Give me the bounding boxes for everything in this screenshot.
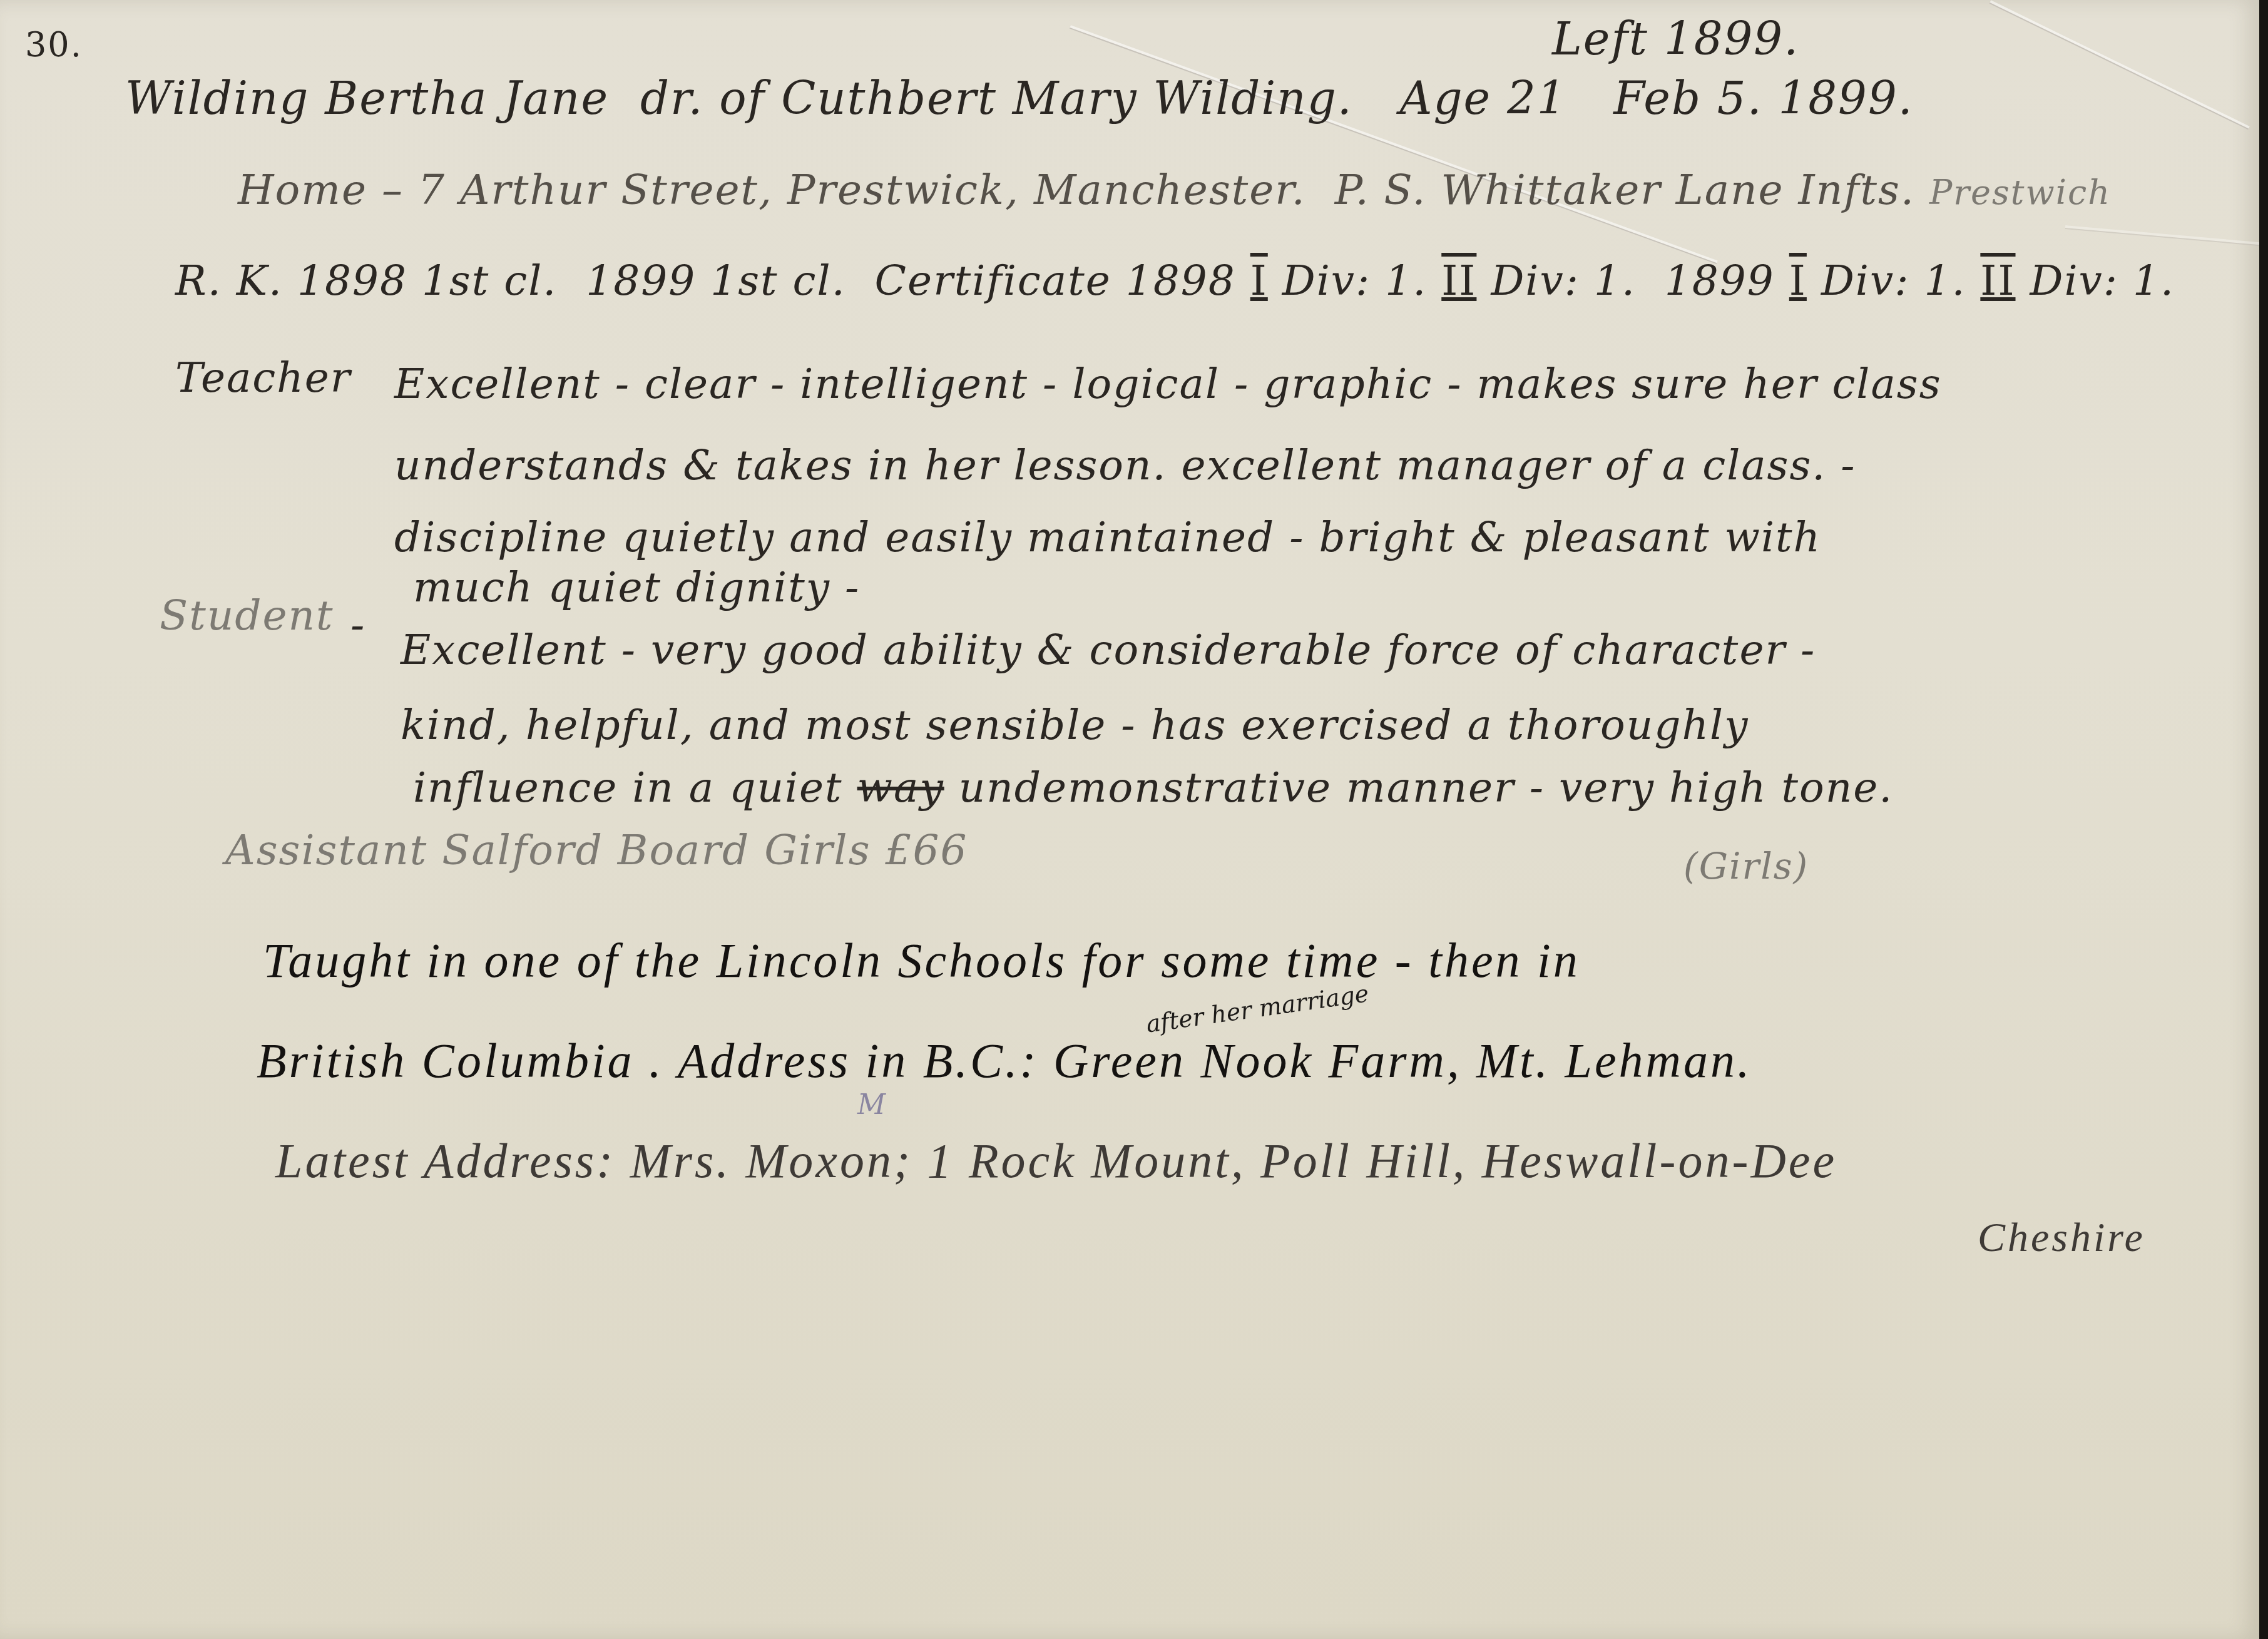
cert-1899-part2-div: Div: 1. xyxy=(2030,257,2175,305)
later-note-line: British Columbia . Address in B.C.: Gree… xyxy=(257,1033,1752,1089)
home-address: Home – 7 Arthur Street, Prestwick, Manch… xyxy=(238,166,1306,214)
home-line: Home – 7 Arthur Street, Prestwick, Manch… xyxy=(238,166,2111,214)
student-report-text: undemonstrative manner - very high tone. xyxy=(959,763,1894,812)
bc-address: Green Nook Farm, Mt. Lehman. xyxy=(1053,1033,1752,1088)
appointment-line: Assistant Salford Board Girls £66 xyxy=(225,826,968,874)
student-separator: - xyxy=(350,601,365,649)
left-date-note: Left 1899. xyxy=(1552,13,1799,65)
certificate-label: Certificate xyxy=(875,257,1111,305)
cert-1898-part2-div: Div: 1. xyxy=(1491,257,1636,305)
rk-prefix: R. K. xyxy=(175,257,283,305)
cert-1898-part1-div: Div: 1. xyxy=(1282,257,1428,305)
latest-address-county: Cheshire xyxy=(1978,1214,2145,1262)
bc-address-label: British Columbia . Address in B.C.: xyxy=(257,1033,1038,1088)
header-line: Wilding Bertha Jane dr. of Cuthbert Mary… xyxy=(125,72,1914,125)
qualifications-line: R. K. 1898 1st cl. 1899 1st cl. Certific… xyxy=(175,257,2175,305)
later-note-line: Latest Address: Mrs. Moxon; 1 Rock Mount… xyxy=(275,1133,1837,1189)
cert-1899-year: 1899 xyxy=(1665,257,1775,305)
cert-1898-year: 1898 xyxy=(1126,257,1236,305)
previous-school: P. S. Whittaker Lane Infts. xyxy=(1335,166,1915,214)
given-names: Bertha Jane xyxy=(325,72,609,125)
student-report-line: influence in a quiet way undemonstrative… xyxy=(413,763,1893,812)
parentage: dr. of Cuthbert Mary Wilding. xyxy=(640,72,1353,125)
teacher-report-line: Excellent - clear - intelligent - logica… xyxy=(394,360,1942,408)
later-note-line: Taught in one of the Lincoln Schools for… xyxy=(263,932,1580,989)
student-label: Student xyxy=(160,591,334,640)
teacher-report-line: discipline quietly and easily maintained… xyxy=(394,513,1821,561)
student-report-line: Excellent - very good ability & consider… xyxy=(401,626,1816,674)
teacher-report-line: much quiet dignity - xyxy=(413,563,860,611)
cert-1898-part2: II xyxy=(1441,257,1476,305)
struck-word: way xyxy=(857,763,944,812)
teacher-label: Teacher xyxy=(175,354,351,402)
student-report-text: influence in a quiet xyxy=(413,763,843,812)
latest-address-label: Latest Address: xyxy=(275,1133,615,1188)
latest-address-name: Mrs. Moxon; xyxy=(630,1133,912,1188)
age: Age 21 xyxy=(1399,72,1566,125)
latest-address: 1 Rock Mount, Poll Hill, Heswall-on-Dee xyxy=(927,1133,1837,1188)
cert-1899-part2: II xyxy=(1980,257,2015,305)
cert-1899-part1: I xyxy=(1789,257,1807,305)
entry-date: Feb 5. 1899. xyxy=(1613,72,1913,125)
pencil-correction: M xyxy=(857,1089,886,1121)
record-card: 30. Left 1899. Wilding Bertha Jane dr. o… xyxy=(0,0,2259,1639)
teacher-report-line: understands & takes in her lesson. excel… xyxy=(394,441,1856,489)
cert-1898-part1: I xyxy=(1250,257,1268,305)
student-report-line: kind, helpful, and most sensible - has e… xyxy=(401,701,1749,749)
surname: Wilding xyxy=(125,72,309,125)
rk-1899: 1899 1st cl. xyxy=(586,257,845,305)
rk-1898: 1898 1st cl. xyxy=(297,257,557,305)
school-location-note: Prestwich xyxy=(1929,173,2111,212)
paper-crease xyxy=(2065,225,2268,247)
paper-crease xyxy=(1990,0,2250,130)
appointment-note: (Girls) xyxy=(1683,845,1809,887)
scan-border xyxy=(2259,0,2268,1639)
record-number: 30. xyxy=(25,25,83,64)
cert-1899-part1-div: Div: 1. xyxy=(1821,257,1966,305)
